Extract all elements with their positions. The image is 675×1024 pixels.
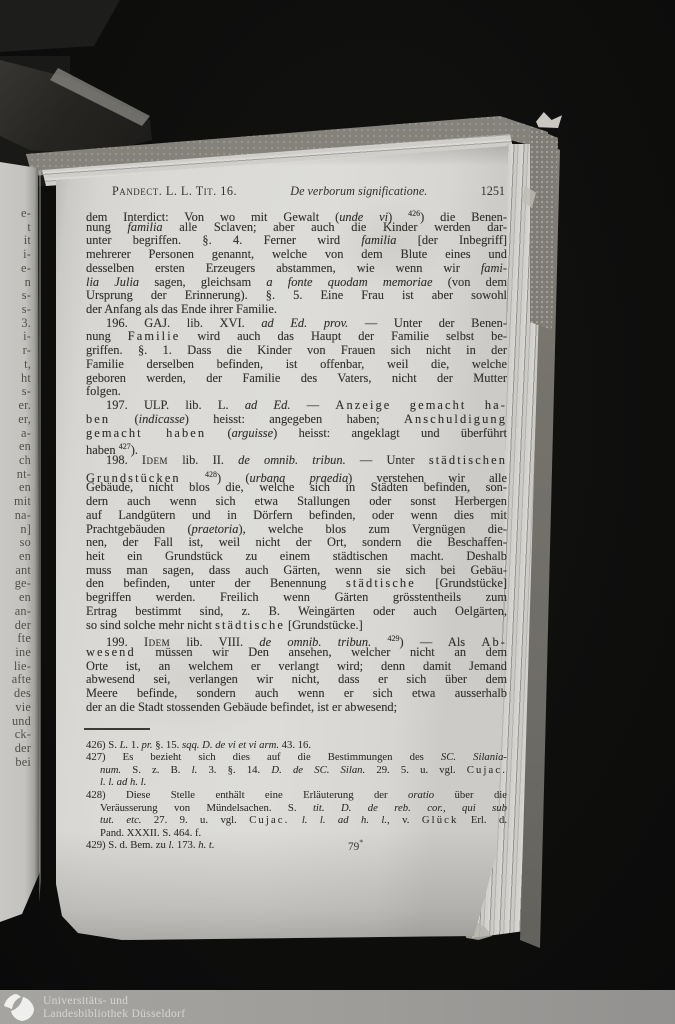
cut-off-text-fragment: n [0, 276, 34, 290]
text-line: dern auch wenn sich etwa Stallungen oder… [86, 495, 507, 509]
text-segment: [Grundstücke] [416, 576, 507, 590]
cut-off-text-fragment: r- [0, 344, 34, 358]
library-watermark-bar: Universitäts- und Landesbibliothek Düsse… [0, 990, 675, 1024]
text-segment: der an die Stadt stossenden Gebäude befi… [86, 700, 397, 714]
text-line: Meere befinde, sondern auch wenn er sich… [86, 687, 507, 701]
cut-off-text-fragment: er, [0, 413, 34, 427]
cut-off-text-fragment: e- [0, 207, 34, 221]
signature-number: 79 [348, 841, 359, 853]
cut-off-text-fragment: ck- [0, 728, 34, 742]
text-segment: Familie derselben befinden, ist offenbar… [86, 357, 507, 371]
text-segment: 426) S. [86, 739, 120, 751]
header-chapter-title: De verborum significatione. [290, 184, 427, 199]
text-segment: nung [86, 220, 127, 234]
cut-off-text-fragment: der [0, 742, 34, 756]
text-segment: sqq. D. de vi et vi arm. [182, 739, 279, 751]
background-wedge [0, 0, 120, 54]
text-segment: de omnib. tribun. [238, 453, 346, 467]
cut-off-text-fragment: e- [0, 262, 34, 276]
text-segment: müssen wir Den ansehen, welcher nicht an… [136, 645, 507, 659]
text-segment: städtische [215, 618, 285, 632]
text-line: Ursprung der Erinnerung). §. 5. Eine Fra… [86, 289, 507, 303]
cut-off-text-fragment: fte [0, 632, 34, 646]
text-segment: Cujac. [249, 814, 289, 826]
text-line: 198. Idem lib. II. de omnib. tribun. — U… [86, 454, 507, 468]
text-segment: heit ein Grundstück zu einem städtischen… [86, 549, 507, 563]
cut-off-text-fragment: vie [0, 701, 34, 715]
cut-off-text-fragment: lie- [0, 660, 34, 674]
text-segment: , v. [387, 814, 422, 826]
cut-off-text-fragment: des [0, 687, 34, 701]
text-line: den befinden, unter der Benennung städti… [86, 577, 507, 591]
cut-off-text-fragment: und [0, 715, 34, 729]
text-segment: wesend [86, 645, 136, 659]
text-line: 426) S. L. 1. pr. §. 15. sqq. D. de vi e… [86, 739, 507, 752]
text-segment: sagen, gleichsam [139, 275, 266, 289]
torn-corner-top-right [536, 112, 562, 128]
text-line: Grundstücken 428) (urbana praedia) verst… [86, 468, 507, 482]
text-segment: 427) Es bezieht sich dies auf die Bestim… [86, 751, 441, 763]
text-line: desselben ersten Erzeugers abstammen, wi… [86, 262, 507, 276]
cut-off-text-fragment: it [0, 234, 34, 248]
text-line: Pand. XXXII. S. 464. f. [86, 827, 507, 840]
text-segment: ) heisst: angegeben haben; [185, 412, 404, 426]
cut-off-text-fragment: der [0, 619, 34, 633]
cut-off-text-fragment: nt- [0, 468, 34, 482]
text-segment: Prachtgebäuden ( [86, 522, 192, 536]
text-segment: h. t. [198, 839, 214, 851]
text-line: 199. Idem lib. VIII. de omnib. tribun. 4… [86, 632, 507, 646]
cut-off-text-fragment: en [0, 591, 34, 605]
text-segment: l. l. ad h. l. [302, 814, 387, 826]
text-segment: indicasse [139, 412, 185, 426]
text-segment: ad Ed. [245, 398, 291, 412]
text-segment: mehrerer Personen genannt, welche von de… [86, 247, 507, 261]
text-line: Familie derselben befinden, ist offenbar… [86, 358, 507, 372]
text-segment: Orte ist, an welchem er verlangt wird; d… [86, 659, 507, 673]
text-line: geboren werden, der Familie des Vaters, … [86, 372, 507, 386]
text-segment: arguisse [232, 426, 274, 440]
text-line: Prachtgebäuden (praetoria), welche blos … [86, 523, 507, 537]
text-segment: lia Julia [86, 275, 139, 289]
signature-asterisk: * [359, 838, 363, 847]
text-segment [289, 814, 301, 826]
cut-off-text-fragment: ch [0, 454, 34, 468]
cut-off-text-fragment: ge- [0, 577, 34, 591]
text-segment: 429) S. d. Bem. zu [86, 839, 169, 851]
text-segment: Anschuldigung [404, 412, 507, 426]
text-segment: 27. 9. u. vgl. [141, 814, 249, 826]
text-segment: S. z. B. [121, 764, 192, 776]
text-line: l. l. ad h. l. [86, 776, 507, 789]
text-line: begriffen werden. Freilich wenn Gärten g… [86, 591, 507, 605]
cut-off-text-fragment: afte [0, 673, 34, 687]
cut-off-text-fragment: en [0, 550, 34, 564]
text-segment: Veräusserung von Mündelsachen. S. [100, 802, 313, 814]
header-title-abbrev: Pandect. L. L. Tit. 16. [112, 184, 237, 199]
text-segment: muss man sagen, dass auch Gärten, wenn s… [86, 563, 507, 577]
page-number: 1251 [481, 184, 505, 199]
cut-off-text-fragment: ine [0, 646, 34, 660]
text-segment: 429 [387, 634, 399, 643]
cut-off-text-fragment: ant [0, 564, 34, 578]
text-segment: num. [100, 764, 121, 776]
text-line: Orte ist, an welchem er verlangt wird; d… [86, 660, 507, 674]
text-segment: familia [361, 233, 396, 247]
text-segment: 428) Diese Stelle enthält eine Erläuteru… [86, 789, 408, 801]
text-segment: den befinden, unter der Benennung [86, 576, 346, 590]
cut-off-text-fragment: en [0, 440, 34, 454]
text-line: 428) Diese Stelle enthält eine Erläuteru… [86, 789, 507, 802]
text-segment: Familie [128, 329, 181, 343]
text-segment: dern auch wenn sich etwa Stallungen oder… [86, 494, 507, 508]
text-segment: (von dem [432, 275, 507, 289]
text-segment: tut. etc. [100, 814, 141, 826]
text-line: der an die Stadt stossenden Gebäude befi… [86, 701, 507, 715]
body-text: dem Interdict: Von wo mit Gewalt (unde v… [86, 207, 507, 715]
cut-off-text-fragment: s- [0, 303, 34, 317]
text-segment: [der Inbegriff] [396, 233, 507, 247]
text-segment: — Unter [346, 453, 429, 467]
text-line: num. S. z. B. l. 3. §. 14. D. de SC. Sil… [86, 764, 507, 777]
text-segment: so sind solche mehr nicht [86, 618, 215, 632]
text-segment: Ertrag bestimmt sind, z. B. Weingärten o… [86, 604, 507, 618]
text-line: lia Julia sagen, gleichsam a fonte quoda… [86, 276, 507, 290]
text-segment: Glück [422, 814, 459, 826]
text-segment: griffen. §. 1. Dass die Kinder von Fraue… [86, 343, 507, 357]
text-segment: Gebäude, nicht blos die, welche sich in … [86, 480, 507, 494]
book-scan-photo: e-titi-e-ns-s-3.i-r-t,hts-er.er,a-enchnt… [0, 0, 675, 1024]
text-segment: l. l. ad h. l. [100, 776, 146, 788]
text-segment: oratio [408, 789, 434, 801]
cut-off-text-fragment: s- [0, 289, 34, 303]
text-segment: familia [127, 220, 162, 234]
cut-off-text-fragment: n] [0, 523, 34, 537]
text-segment: 1. [128, 739, 141, 751]
cut-off-text-fragment: mit [0, 495, 34, 509]
text-segment: folgen. [86, 384, 121, 398]
running-header: Pandect. L. L. Tit. 16. De verborum sign… [86, 184, 507, 199]
text-segment: 198. [106, 453, 142, 467]
cut-off-text-fragment: i- [0, 248, 34, 262]
cut-off-text-fragment: en [0, 481, 34, 495]
text-segment: 426 [408, 209, 420, 218]
text-line: heit ein Grundstück zu einem städtischen… [86, 550, 507, 564]
cut-off-text-fragment: bei [0, 756, 34, 770]
text-line: ben (indicasse) heisst: angegeben haben;… [86, 413, 507, 427]
text-segment: alle Sclaven; aber auch die Kinder werde… [163, 220, 507, 234]
cut-off-text-fragment: na- [0, 509, 34, 523]
text-segment: wird auch das Haupt der Familie selbst b… [180, 329, 507, 343]
text-segment: ( [206, 426, 231, 440]
text-segment: praetoria [192, 522, 239, 536]
cut-off-text-fragment: t [0, 221, 34, 235]
text-segment: unter begriffen. §. 4. Ferner wird [86, 233, 361, 247]
text-segment: 43. 16. [279, 739, 311, 751]
text-segment: Idem [142, 453, 168, 467]
text-line: unter begriffen. §. 4. Ferner wird famil… [86, 234, 507, 248]
text-line: Ertrag bestimmt sind, z. B. Weingärten o… [86, 605, 507, 619]
text-line: folgen. [86, 385, 507, 399]
ulb-duesseldorf-logo-icon [2, 992, 36, 1022]
text-segment: 428 [205, 470, 217, 479]
text-line: mehrerer Personen genannt, welche von de… [86, 248, 507, 262]
cut-off-text-fragment: an- [0, 605, 34, 619]
text-segment: städtische [346, 576, 416, 590]
text-segment: pr. [142, 739, 153, 751]
text-segment: §. 15. [153, 739, 182, 751]
text-segment: SC. Silania- [441, 751, 507, 763]
text-segment: 3. §. 14. [197, 764, 271, 776]
text-line: abwesend sei, verlangen wir nicht, dass … [86, 673, 507, 687]
text-segment: tit. D. de reb. cor., qui sub [313, 802, 507, 814]
text-segment: begriffen werden. Freilich wenn Gärten g… [86, 590, 507, 604]
gutter-crease-highlight [39, 170, 41, 910]
text-line: haben 427). [86, 440, 507, 454]
text-segment: L. [120, 739, 129, 751]
text-segment: 196. GAJ. lib. XVI. [106, 316, 261, 330]
text-segment: gemacht haben [86, 426, 206, 440]
library-name-line2: Landesbibliothek Düsseldorf [43, 1007, 185, 1021]
text-segment: a fonte quodam memoriae [266, 275, 432, 289]
text-line: griffen. §. 1. Dass die Kinder von Fraue… [86, 344, 507, 358]
text-segment: der Anfang als das Ende ihrer Familie. [86, 302, 277, 316]
text-segment: nen, der Fall ist, weil nicht der Ort, s… [86, 535, 507, 549]
cut-off-text-fragment: s- [0, 385, 34, 399]
text-line: Gebäude, nicht blos die, welche sich in … [86, 481, 507, 495]
page-text-block: Pandect. L. L. Tit. 16. De verborum sign… [86, 184, 507, 852]
cut-off-text-fragment: ht [0, 372, 34, 386]
text-segment: auf Landgütern und in Dörfern befinden, … [86, 508, 507, 522]
text-segment: 427 [119, 442, 131, 451]
text-line: tut. etc. 27. 9. u. vgl. Cujac. l. l. ad… [86, 814, 507, 827]
text-line: so sind solche mehr nicht städtische [Gr… [86, 619, 507, 633]
text-line: 196. GAJ. lib. XVI. ad Ed. prov. — Unter… [86, 317, 507, 331]
cut-off-text-fragment: a- [0, 427, 34, 441]
text-segment: über die [434, 789, 507, 801]
text-segment: [Grundstücke.] [285, 618, 363, 632]
text-segment: — Unter der Benen- [348, 316, 507, 330]
text-segment: nung [86, 329, 128, 343]
text-segment: 173. [174, 839, 198, 851]
text-segment: ad Ed. prov. [261, 316, 348, 330]
text-segment: ), welche blos zum Vergnügen die- [238, 522, 507, 536]
cut-off-text-fragment: t, [0, 358, 34, 372]
text-segment: städtischen [429, 453, 507, 467]
footnote-separator [84, 728, 150, 730]
text-line: der Anfang als das Ende ihrer Familie. [86, 303, 507, 317]
text-segment: Meere befinde, sondern auch wenn er sich… [86, 686, 507, 700]
signature-mark: 79* [348, 838, 363, 853]
text-segment: — [290, 398, 335, 412]
text-line: 197. ULP. lib. L. ad Ed. — Anzeige gemac… [86, 399, 507, 413]
text-segment: D. de SC. Silan. [271, 764, 365, 776]
cut-off-text-fragment: i- [0, 330, 34, 344]
library-name: Universitäts- und Landesbibliothek Düsse… [43, 994, 185, 1021]
text-segment: Cujac. [467, 764, 507, 776]
text-segment: 197. ULP. lib. L. [106, 398, 245, 412]
text-line: wesend müssen wir Den ansehen, welcher n… [86, 646, 507, 660]
text-segment: Erl. d. [458, 814, 507, 826]
library-name-line1: Universitäts- und [43, 994, 185, 1008]
text-segment: ( [110, 412, 138, 426]
text-segment: ben [86, 412, 110, 426]
text-line: 427) Es bezieht sich dies auf die Bestim… [86, 751, 507, 764]
text-line: nen, der Fall ist, weil nicht der Ort, s… [86, 536, 507, 550]
cut-off-text-fragment: er. [0, 399, 34, 413]
cut-off-text-fragment: so [0, 536, 34, 550]
text-segment: Anzeige gemacht ha- [335, 398, 507, 412]
text-segment: geboren werden, der Familie des Vaters, … [86, 371, 507, 385]
text-segment: Pand. XXXII. S. 464. f. [100, 827, 201, 839]
text-segment: fami- [481, 261, 507, 275]
text-line: nung familia alle Sclaven; aber auch die… [86, 221, 507, 235]
text-line: gemacht haben (arguisse) heisst: angekla… [86, 427, 507, 441]
text-segment: Ursprung der Erinnerung). §. 5. Eine Fra… [86, 288, 507, 302]
text-segment: lib. II. [168, 453, 238, 467]
text-segment: desselben ersten Erzeugers abstammen, wi… [86, 261, 481, 275]
text-line: Veräusserung von Mündelsachen. S. tit. D… [86, 802, 507, 815]
cut-off-text-fragment: 3. [0, 317, 34, 331]
text-line: auf Landgütern und in Dörfern befinden, … [86, 509, 507, 523]
text-line: nung Familie wird auch das Haupt der Fam… [86, 330, 507, 344]
text-line: muss man sagen, dass auch Gärten, wenn s… [86, 564, 507, 578]
footnotes: 426) S. L. 1. pr. §. 15. sqq. D. de vi e… [86, 739, 507, 852]
text-segment: 29. 5. u. vgl. [365, 764, 467, 776]
text-segment: abwesend sei, verlangen wir nicht, dass … [86, 672, 507, 686]
text-segment: ) heisst: angeklagt und überführt [273, 426, 507, 440]
text-line: dem Interdict: Von wo mit Gewalt (unde v… [86, 207, 507, 221]
facing-page-text-fragments: e-titi-e-ns-s-3.i-r-t,hts-er.er,a-enchnt… [0, 207, 34, 769]
text-line: 429) S. d. Bem. zu l. 173. h. t. [86, 839, 507, 852]
